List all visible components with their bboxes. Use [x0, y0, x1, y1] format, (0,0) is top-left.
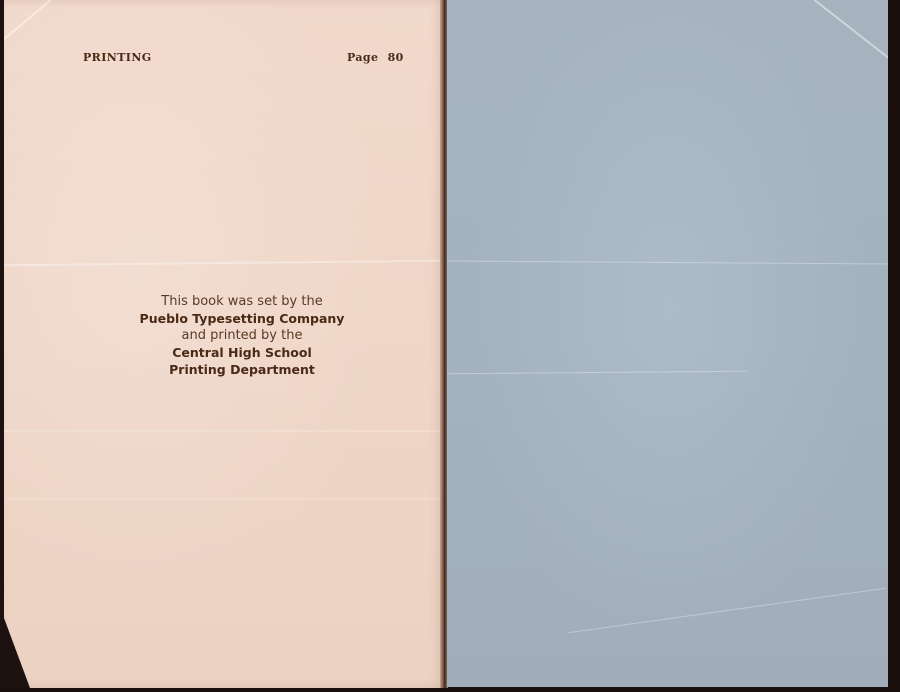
scan-edge-right	[888, 0, 900, 692]
paper-crease	[4, 430, 445, 432]
running-head-section: PRINTING	[83, 51, 152, 64]
book-gutter	[440, 0, 448, 692]
cover-crease	[568, 588, 885, 634]
cover-crease	[447, 371, 747, 375]
running-head-page-number: Page 80	[347, 51, 404, 64]
book-spread: PRINTING Page 80 This book was set by th…	[0, 0, 900, 692]
colophon-line-5: Printing Department	[122, 361, 362, 378]
colophon-line-1: This book was set by the	[122, 293, 362, 310]
colophon: This book was set by the Pueblo Typesett…	[122, 293, 362, 378]
colophon-line-2: Pueblo Typesetting Company	[122, 310, 362, 327]
scan-edge-bottom	[0, 688, 900, 692]
colophon-line-3: and printed by the	[122, 327, 362, 344]
paper-crease	[4, 498, 445, 500]
paper-crease	[4, 260, 445, 267]
left-page: PRINTING Page 80 This book was set by th…	[4, 0, 445, 688]
colophon-line-4: Central High School	[122, 344, 362, 361]
right-page-cover	[447, 0, 890, 687]
cover-crease	[447, 260, 890, 264]
